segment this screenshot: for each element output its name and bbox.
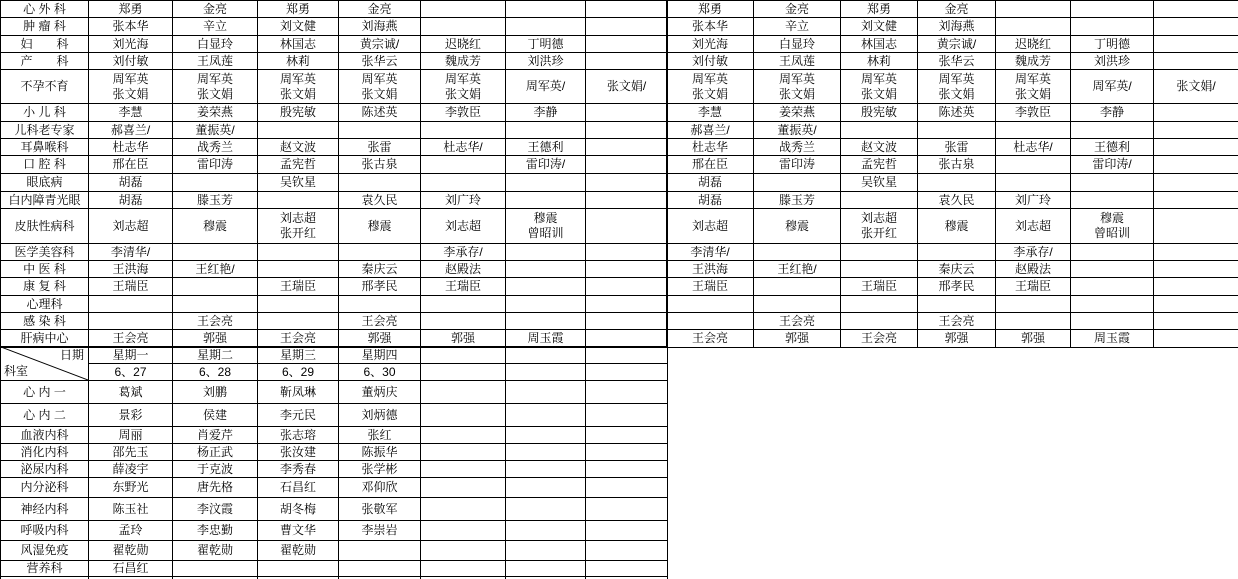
table-row: 郑勇金亮郑勇金亮 xyxy=(667,1,1238,18)
staff-cell xyxy=(506,461,586,478)
table-row: 6、276、286、296、30 xyxy=(1,364,668,381)
staff-cell: 赵殿法 xyxy=(996,261,1071,278)
staff-cell: 刘志超 xyxy=(996,209,1071,244)
staff-cell: 穆震 xyxy=(918,209,996,244)
staff-cell xyxy=(586,427,668,444)
staff-cell: 杜志华/ xyxy=(421,139,506,156)
department-cell: 呼吸内科 xyxy=(1,521,89,541)
corner-header-cell: 日期科室 xyxy=(1,347,89,381)
staff-cell: 陈振华 xyxy=(339,444,421,461)
staff-cell: 王会亮 xyxy=(918,313,996,330)
staff-cell xyxy=(258,122,339,139)
staff-cell: 黄宗诚/ xyxy=(339,36,421,53)
staff-cell xyxy=(586,313,668,330)
staff-cell: 战秀兰 xyxy=(173,139,258,156)
staff-cell xyxy=(1154,313,1238,330)
staff-cell xyxy=(506,174,586,192)
staff-cell xyxy=(506,192,586,209)
staff-cell xyxy=(586,209,668,244)
staff-cell: 张本华 xyxy=(667,18,754,36)
department-cell: 心理科 xyxy=(1,296,89,313)
staff-cell xyxy=(996,156,1071,174)
staff-cell: 金亮 xyxy=(173,1,258,18)
staff-cell xyxy=(1154,330,1238,348)
staff-cell: 王会亮 xyxy=(339,313,421,330)
table-row: 心 内 二景彩侯建李元民刘炳德 xyxy=(1,404,668,427)
staff-cell xyxy=(339,174,421,192)
staff-cell xyxy=(586,498,668,521)
staff-cell: 李元民 xyxy=(258,404,339,427)
staff-cell: 李静 xyxy=(1071,104,1154,122)
staff-cell xyxy=(339,244,421,261)
staff-cell: 丁明德 xyxy=(1071,36,1154,53)
corner-dept-label: 科室 xyxy=(4,364,28,379)
staff-cell: 王瑞臣 xyxy=(841,278,918,296)
staff-cell xyxy=(173,561,258,577)
staff-cell: 李崇岩 xyxy=(339,521,421,541)
staff-cell xyxy=(586,478,668,498)
staff-cell: 郭强 xyxy=(754,330,841,348)
staff-cell: 周军英/ xyxy=(506,70,586,104)
table-row: 血液内科周丽肖爱芹张志瑢张红 xyxy=(1,427,668,444)
staff-cell: 姜荣燕 xyxy=(754,104,841,122)
department-cell: 心 内 二 xyxy=(1,404,89,427)
staff-cell: 李忠勤 xyxy=(173,521,258,541)
table-row: 刘光海白显玲林国志黄宗诚/迟晓红丁明德 xyxy=(667,36,1238,53)
staff-cell xyxy=(1154,1,1238,18)
staff-cell xyxy=(586,156,668,174)
table-row: 风湿免疫翟乾勋翟乾勋翟乾勋 xyxy=(1,541,668,561)
table-row: 耳鼻喉科杜志华战秀兰赵文波张雷杜志华/王德利 xyxy=(1,139,668,156)
staff-cell xyxy=(996,1,1071,18)
staff-cell xyxy=(421,381,506,404)
staff-cell xyxy=(1154,104,1238,122)
staff-cell: 郭强 xyxy=(173,330,258,348)
staff-cell xyxy=(173,278,258,296)
staff-cell xyxy=(506,561,586,577)
staff-cell xyxy=(1071,192,1154,209)
staff-cell: 陈玉社 xyxy=(89,498,173,521)
staff-cell xyxy=(1154,261,1238,278)
staff-cell xyxy=(506,1,586,18)
spreadsheet: 心 外 科郑勇金亮郑勇金亮肿 瘤 科张本华辛立刘文健刘海燕妇 科刘光海白显玲林国… xyxy=(0,0,1238,579)
staff-cell: 李清华/ xyxy=(89,244,173,261)
staff-cell xyxy=(1154,122,1238,139)
staff-cell: 李汶霞 xyxy=(173,498,258,521)
staff-cell: 穆震 曾昭训 xyxy=(506,209,586,244)
table-row: 李清华/李承存/ xyxy=(667,244,1238,261)
staff-cell: 周军英 张文娟 xyxy=(667,70,754,104)
staff-cell: 翟乾勋 xyxy=(258,541,339,561)
staff-cell: 王洪海 xyxy=(667,261,754,278)
staff-cell: 周军英 张文娟 xyxy=(841,70,918,104)
weekday-header-cell: 星期二 xyxy=(173,347,258,364)
staff-cell: 刘志超 张开红 xyxy=(841,209,918,244)
staff-cell: 刘光海 xyxy=(89,36,173,53)
staff-cell xyxy=(258,192,339,209)
staff-cell xyxy=(258,296,339,313)
staff-cell xyxy=(754,174,841,192)
staff-cell: 战秀兰 xyxy=(754,139,841,156)
staff-cell: 张古泉 xyxy=(339,156,421,174)
table-row: 小 儿 科李慧姜荣燕殷宪敏陈述英李敦臣李静 xyxy=(1,104,668,122)
staff-cell: 王会亮 xyxy=(89,330,173,348)
staff-cell: 张雷 xyxy=(918,139,996,156)
staff-cell: 张本华 xyxy=(89,18,173,36)
staff-cell xyxy=(586,330,668,348)
staff-cell: 王洪海 xyxy=(89,261,173,278)
staff-cell: 金亮 xyxy=(339,1,421,18)
table-row: 王会亮郭强王会亮郭强郭强周玉霞 xyxy=(667,330,1238,348)
staff-cell xyxy=(586,278,668,296)
staff-cell: 张志瑢 xyxy=(258,427,339,444)
department-cell: 耳鼻喉科 xyxy=(1,139,89,156)
staff-cell xyxy=(1154,209,1238,244)
department-cell: 不孕不育 xyxy=(1,70,89,104)
table-row: 心理科 xyxy=(1,296,668,313)
staff-cell xyxy=(421,521,506,541)
staff-cell: 董振英/ xyxy=(754,122,841,139)
table-row xyxy=(667,296,1238,313)
staff-cell xyxy=(841,313,918,330)
staff-cell: 邢在臣 xyxy=(89,156,173,174)
table-row: 心 内 一葛斌刘鹏靳凤琳董炳庆 xyxy=(1,381,668,404)
staff-cell: 景彩 xyxy=(89,404,173,427)
table-row: 日期科室星期一星期二星期三星期四 xyxy=(1,347,668,364)
staff-cell xyxy=(586,261,668,278)
department-cell: 儿科老专家 xyxy=(1,122,89,139)
staff-cell xyxy=(421,156,506,174)
weekday-header-cell: 星期三 xyxy=(258,347,339,364)
staff-cell: 郑勇 xyxy=(89,1,173,18)
weekday-header-cell xyxy=(506,347,586,364)
staff-cell: 杜志华 xyxy=(667,139,754,156)
staff-cell xyxy=(754,296,841,313)
staff-cell xyxy=(841,244,918,261)
table-row: 产 科刘付敏王凤莲林莉张华云魏成芳刘洪珍 xyxy=(1,53,668,70)
table-row: 皮肤性病科刘志超穆震刘志超 张开红穆震刘志超穆震 曾昭训 xyxy=(1,209,668,244)
staff-cell xyxy=(1071,174,1154,192)
staff-cell: 刘付敏 xyxy=(89,53,173,70)
staff-cell xyxy=(421,174,506,192)
staff-cell xyxy=(1071,296,1154,313)
weekday-header-cell xyxy=(421,347,506,364)
department-cell: 中 医 科 xyxy=(1,261,89,278)
table-row: 医学美容科李清华/李承存/ xyxy=(1,244,668,261)
staff-cell: 王会亮 xyxy=(173,313,258,330)
staff-cell xyxy=(841,122,918,139)
staff-cell xyxy=(173,244,258,261)
staff-cell: 郭强 xyxy=(996,330,1071,348)
staff-cell xyxy=(1071,313,1154,330)
staff-cell: 刘文健 xyxy=(841,18,918,36)
staff-cell: 张古泉 xyxy=(918,156,996,174)
department-cell: 神经内科 xyxy=(1,498,89,521)
staff-cell xyxy=(918,122,996,139)
staff-cell xyxy=(667,313,754,330)
staff-cell: 王凤莲 xyxy=(754,53,841,70)
staff-cell: 张文娟/ xyxy=(1154,70,1238,104)
staff-cell: 刘付敏 xyxy=(667,53,754,70)
department-cell: 产 科 xyxy=(1,53,89,70)
staff-cell: 翟乾勋 xyxy=(89,541,173,561)
table-row: 泌尿内科薛凌宇于克波李秀春张学彬 xyxy=(1,461,668,478)
staff-cell: 雷印涛 xyxy=(173,156,258,174)
staff-cell: 王会亮 xyxy=(667,330,754,348)
staff-cell xyxy=(996,174,1071,192)
staff-cell: 郑勇 xyxy=(258,1,339,18)
staff-cell: 穆震 xyxy=(173,209,258,244)
table-row: 不孕不育周军英 张文娟周军英 张文娟周军英 张文娟周军英 张文娟周军英 张文娟周… xyxy=(1,70,668,104)
staff-cell: 唐先格 xyxy=(173,478,258,498)
staff-cell: 李秀春 xyxy=(258,461,339,478)
staff-cell: 王瑞臣 xyxy=(421,278,506,296)
staff-cell xyxy=(506,18,586,36)
weekday-header-cell: 星期四 xyxy=(339,347,421,364)
department-cell: 白内障青光眼 xyxy=(1,192,89,209)
staff-cell: 东野光 xyxy=(89,478,173,498)
table-row: 肿 瘤 科张本华辛立刘文健刘海燕 xyxy=(1,18,668,36)
staff-cell xyxy=(1154,278,1238,296)
staff-cell: 殷宪敏 xyxy=(258,104,339,122)
staff-cell xyxy=(1154,296,1238,313)
department-cell: 眼底病 xyxy=(1,174,89,192)
staff-cell xyxy=(996,122,1071,139)
date-cell: 6、27 xyxy=(89,364,173,381)
weekday-schedule-table: 日期科室星期一星期二星期三星期四6、276、286、296、30心 内 一葛斌刘… xyxy=(0,346,668,579)
staff-cell: 黄宗诚/ xyxy=(918,36,996,53)
staff-cell xyxy=(506,444,586,461)
staff-cell: 杜志华 xyxy=(89,139,173,156)
staff-cell: 郑勇 xyxy=(667,1,754,18)
date-cell: 6、29 xyxy=(258,364,339,381)
department-cell: 医学美容科 xyxy=(1,244,89,261)
department-cell: 心 外 科 xyxy=(1,1,89,18)
staff-cell: 靳凤琳 xyxy=(258,381,339,404)
table-row: 内分泌科东野光唐先格石昌红邓仰欣 xyxy=(1,478,668,498)
staff-cell: 雷印涛 xyxy=(754,156,841,174)
date-cell xyxy=(586,364,668,381)
staff-cell: 刘志超 xyxy=(89,209,173,244)
staff-cell xyxy=(506,313,586,330)
staff-cell xyxy=(421,313,506,330)
department-cell: 风湿免疫 xyxy=(1,541,89,561)
table-row: 王会亮王会亮 xyxy=(667,313,1238,330)
staff-cell: 吴钦星 xyxy=(258,174,339,192)
department-cell: 泌尿内科 xyxy=(1,461,89,478)
staff-cell: 孟玲 xyxy=(89,521,173,541)
staff-cell xyxy=(586,104,668,122)
staff-cell: 曹文华 xyxy=(258,521,339,541)
staff-cell xyxy=(339,122,421,139)
staff-cell xyxy=(506,278,586,296)
staff-cell xyxy=(1154,36,1238,53)
staff-cell: 周玉霞 xyxy=(1071,330,1154,348)
staff-cell xyxy=(89,296,173,313)
left-schedule-table: 心 外 科郑勇金亮郑勇金亮肿 瘤 科张本华辛立刘文健刘海燕妇 科刘光海白显玲林国… xyxy=(0,0,668,348)
staff-cell: 胡冬梅 xyxy=(258,498,339,521)
staff-cell: 迟晓红 xyxy=(996,36,1071,53)
table-row: 胡磊滕玉芳袁久民刘广玲 xyxy=(667,192,1238,209)
staff-cell xyxy=(586,541,668,561)
staff-cell xyxy=(506,122,586,139)
staff-cell xyxy=(918,174,996,192)
staff-cell: 郭强 xyxy=(339,330,421,348)
staff-cell: 秦庆云 xyxy=(918,261,996,278)
staff-cell: 金亮 xyxy=(754,1,841,18)
staff-cell xyxy=(841,261,918,278)
staff-cell xyxy=(754,244,841,261)
staff-cell xyxy=(258,313,339,330)
staff-cell: 刘海燕 xyxy=(918,18,996,36)
staff-cell: 葛斌 xyxy=(89,381,173,404)
staff-cell xyxy=(1154,18,1238,36)
staff-cell: 赵文波 xyxy=(258,139,339,156)
staff-cell: 刘炳德 xyxy=(339,404,421,427)
staff-cell xyxy=(421,122,506,139)
staff-cell: 李承存/ xyxy=(996,244,1071,261)
staff-cell: 刘广玲 xyxy=(421,192,506,209)
staff-cell xyxy=(506,541,586,561)
staff-cell xyxy=(586,122,668,139)
staff-cell: 李敦臣 xyxy=(996,104,1071,122)
staff-cell xyxy=(506,404,586,427)
staff-cell: 周军英 张文娟 xyxy=(918,70,996,104)
staff-cell xyxy=(996,296,1071,313)
staff-cell xyxy=(421,478,506,498)
table-row: 康 复 科王瑞臣王瑞臣邢孝民王瑞臣 xyxy=(1,278,668,296)
table-row: 肝病中心王会亮郭强王会亮郭强郭强周玉霞 xyxy=(1,330,668,348)
staff-cell: 胡磊 xyxy=(667,192,754,209)
staff-cell: 张华云 xyxy=(918,53,996,70)
staff-cell: 郭强 xyxy=(421,330,506,348)
staff-cell: 郑勇 xyxy=(841,1,918,18)
staff-cell xyxy=(1154,156,1238,174)
table-row: 儿科老专家郝喜兰/董振英/ xyxy=(1,122,668,139)
table-row: 消化内科邵先玉杨正武张汝建陈振华 xyxy=(1,444,668,461)
staff-cell: 刘海燕 xyxy=(339,18,421,36)
staff-cell xyxy=(421,1,506,18)
table-row: 心 外 科郑勇金亮郑勇金亮 xyxy=(1,1,668,18)
staff-cell xyxy=(586,18,668,36)
staff-cell: 李承存/ xyxy=(421,244,506,261)
table-row: 妇 科刘光海白显玲林国志黄宗诚/迟晓红丁明德 xyxy=(1,36,668,53)
staff-cell: 李静 xyxy=(506,104,586,122)
staff-cell xyxy=(421,18,506,36)
staff-cell: 杨正武 xyxy=(173,444,258,461)
staff-cell: 刘文健 xyxy=(258,18,339,36)
staff-cell: 郭强 xyxy=(918,330,996,348)
staff-cell xyxy=(173,174,258,192)
staff-cell: 陈述英 xyxy=(918,104,996,122)
staff-cell: 周军英 张文娟 xyxy=(258,70,339,104)
department-cell: 营养科 xyxy=(1,561,89,577)
staff-cell xyxy=(586,36,668,53)
staff-cell: 董炳庆 xyxy=(339,381,421,404)
staff-cell xyxy=(586,521,668,541)
staff-cell xyxy=(173,296,258,313)
staff-cell xyxy=(258,244,339,261)
department-cell: 皮肤性病科 xyxy=(1,209,89,244)
staff-cell: 王会亮 xyxy=(841,330,918,348)
staff-cell xyxy=(586,174,668,192)
staff-cell: 姜荣燕 xyxy=(173,104,258,122)
staff-cell xyxy=(506,427,586,444)
staff-cell xyxy=(421,296,506,313)
staff-cell: 翟乾勋 xyxy=(173,541,258,561)
table-row: 王洪海王红艳/秦庆云赵殿法 xyxy=(667,261,1238,278)
staff-cell xyxy=(506,478,586,498)
table-row: 李慧姜荣燕殷宪敏陈述英李敦臣李静 xyxy=(667,104,1238,122)
staff-cell xyxy=(89,313,173,330)
staff-cell: 王瑞臣 xyxy=(667,278,754,296)
staff-cell: 石昌红 xyxy=(258,478,339,498)
department-cell: 血液内科 xyxy=(1,427,89,444)
staff-cell xyxy=(258,561,339,577)
staff-cell: 周军英 张文娟 xyxy=(421,70,506,104)
staff-cell: 丁明德 xyxy=(506,36,586,53)
table-row: 刘付敏王凤莲林莉张华云魏成芳刘洪珍 xyxy=(667,53,1238,70)
staff-cell xyxy=(586,381,668,404)
staff-cell: 王瑞臣 xyxy=(258,278,339,296)
table-row: 白内障青光眼胡磊滕玉芳袁久民刘广玲 xyxy=(1,192,668,209)
staff-cell xyxy=(1071,18,1154,36)
staff-cell xyxy=(586,461,668,478)
staff-cell: 白显玲 xyxy=(173,36,258,53)
weekday-header-cell: 星期一 xyxy=(89,347,173,364)
department-cell: 肝病中心 xyxy=(1,330,89,348)
staff-cell xyxy=(421,498,506,521)
staff-cell xyxy=(841,296,918,313)
staff-cell: 刘志超 xyxy=(421,209,506,244)
staff-cell: 孟宪哲 xyxy=(258,156,339,174)
staff-cell: 滕玉芳 xyxy=(173,192,258,209)
weekday-header-cell xyxy=(586,347,668,364)
staff-cell: 董振英/ xyxy=(173,122,258,139)
table-row: 眼底病胡磊吴钦星 xyxy=(1,174,668,192)
staff-cell: 金亮 xyxy=(918,1,996,18)
staff-cell xyxy=(506,261,586,278)
table-row: 王瑞臣王瑞臣邢孝民王瑞臣 xyxy=(667,278,1238,296)
staff-cell xyxy=(421,561,506,577)
mirror-schedule-table: 郑勇金亮郑勇金亮张本华辛立刘文健刘海燕刘光海白显玲林国志黄宗诚/迟晓红丁明德刘付… xyxy=(666,0,1238,348)
staff-cell xyxy=(586,296,668,313)
staff-cell: 周军英 张文娟 xyxy=(173,70,258,104)
staff-cell xyxy=(667,296,754,313)
staff-cell: 周军英 张文娟 xyxy=(996,70,1071,104)
table-row: 邢在臣雷印涛孟宪哲张古泉雷印涛/ xyxy=(667,156,1238,174)
department-cell: 内分泌科 xyxy=(1,478,89,498)
staff-cell xyxy=(918,296,996,313)
table-row: 杜志华战秀兰赵文波张雷杜志华/王德利 xyxy=(667,139,1238,156)
staff-cell: 穆震 xyxy=(754,209,841,244)
staff-cell xyxy=(1071,244,1154,261)
table-row: 中 医 科王洪海王红艳/秦庆云赵殿法 xyxy=(1,261,668,278)
staff-cell: 魏成芳 xyxy=(421,53,506,70)
staff-cell xyxy=(754,278,841,296)
staff-cell xyxy=(586,561,668,577)
staff-cell: 周军英 张文娟 xyxy=(339,70,421,104)
staff-cell: 王会亮 xyxy=(258,330,339,348)
staff-cell xyxy=(586,404,668,427)
staff-cell: 胡磊 xyxy=(667,174,754,192)
staff-cell xyxy=(506,244,586,261)
staff-cell: 穆震 xyxy=(339,209,421,244)
staff-cell xyxy=(1071,122,1154,139)
table-row: 张本华辛立刘文健刘海燕 xyxy=(667,18,1238,36)
staff-cell: 胡磊 xyxy=(89,174,173,192)
table-row: 周军英 张文娟周军英 张文娟周军英 张文娟周军英 张文娟周军英 张文娟周军英/张… xyxy=(667,70,1238,104)
